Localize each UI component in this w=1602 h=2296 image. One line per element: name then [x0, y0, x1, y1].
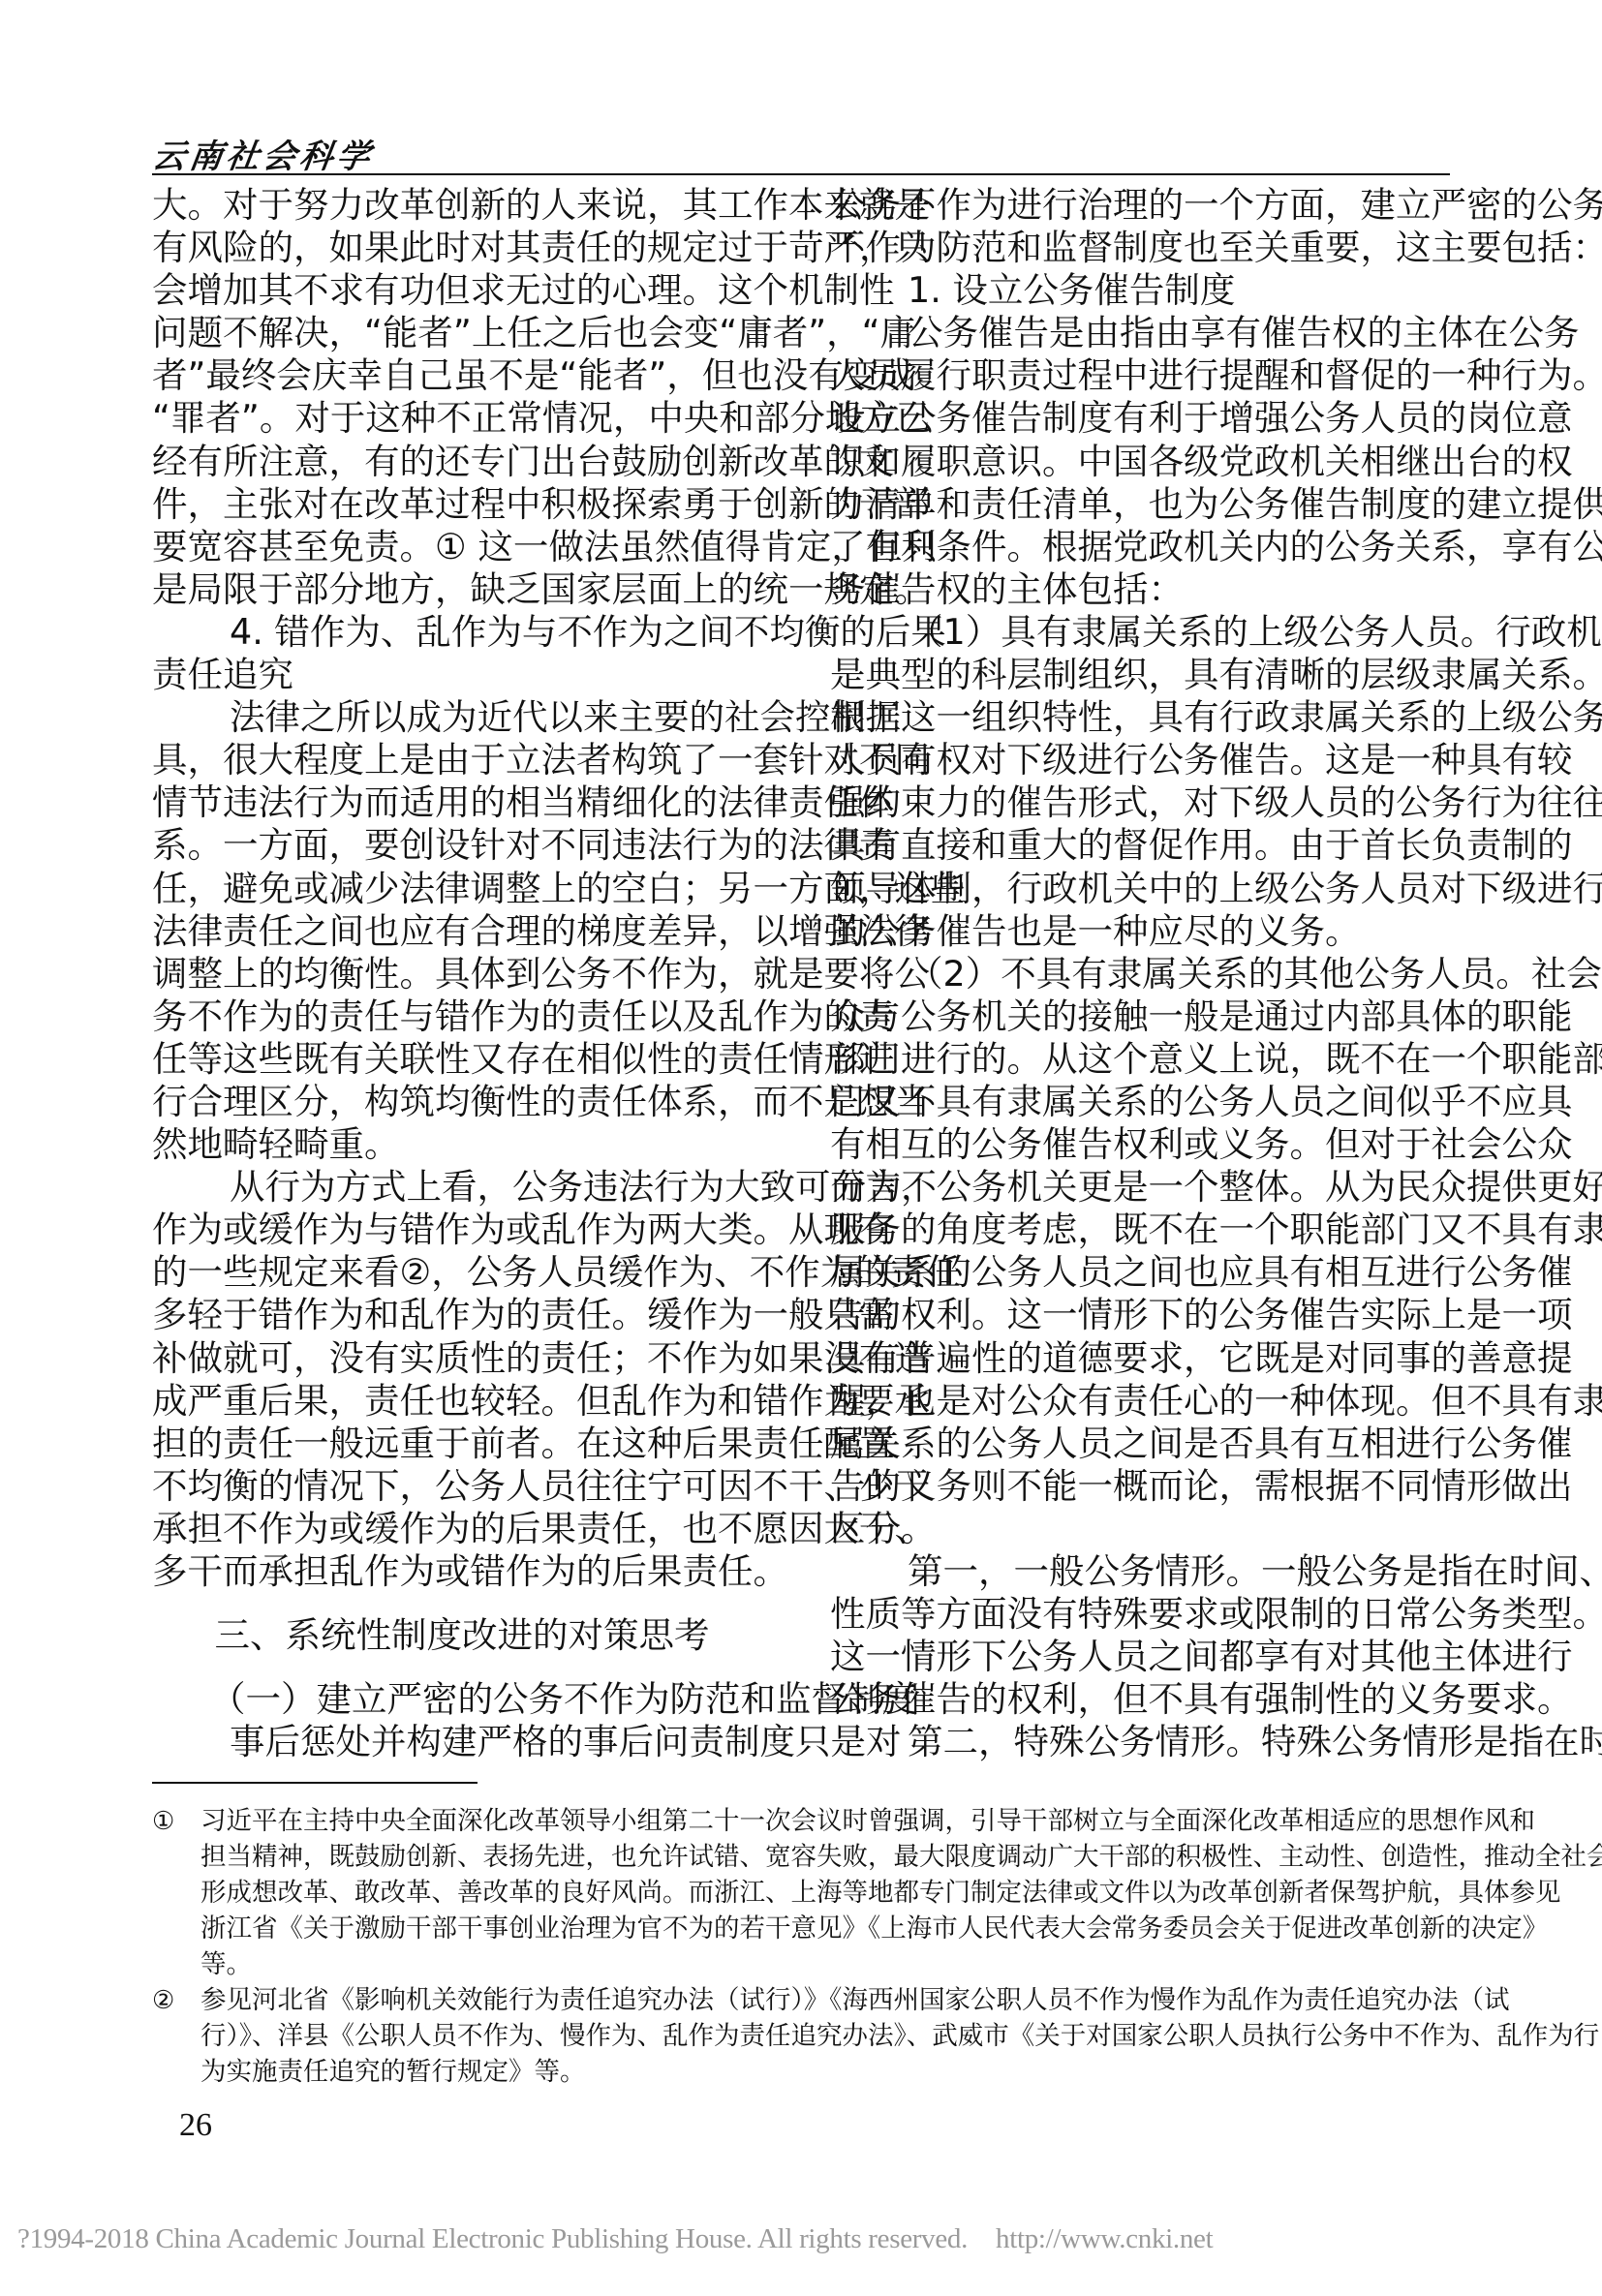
spacer: [152, 1657, 772, 1678]
text-line: 件，主张对在改革过程中积极探索勇于创新的干部: [152, 483, 772, 526]
text-line: 设立公务催告制度有利于增强公务人员的岗位意: [830, 397, 1450, 440]
text-line: 部门进行的。从这个意义上说，既不在一个职能部: [830, 1038, 1450, 1081]
footnote-line: 担当精神，既鼓励创新、表扬先进，也允许试错、宽容失败，最大限度调动广大干部的积极…: [200, 1839, 1450, 1875]
text-line: 多干而承担乱作为或错作为的后果责任。: [152, 1550, 772, 1593]
text-line: 情节违法行为而适用的相当精细化的法律责任体: [152, 781, 772, 824]
subsection-heading: （一）建立严密的公务不作为防范和监督制度: [152, 1678, 772, 1721]
text-line: 属关系的公务人员之间也应具有相互进行公务催: [830, 1251, 1450, 1294]
text-line: 领导体制，行政机关中的上级公务人员对下级进行: [830, 868, 1450, 910]
text-line: 从行为方式上看，公务违法行为大致可分为不: [152, 1166, 772, 1209]
text-line: 任等这些既有关联性又存在相似性的责任情形进: [152, 1038, 772, 1081]
text-line: 告的权利。这一情形下的公务催告实际上是一项: [830, 1294, 1450, 1336]
text-line: 要宽容甚至免责。① 这一做法虽然值得肯定，但只: [152, 526, 772, 568]
text-line: 强约束力的催告形式，对下级人员的公务行为往往: [830, 781, 1450, 824]
text-line: 门又不具有隶属关系的公务人员之间似乎不应具: [830, 1081, 1450, 1123]
text-line: 调整上的均衡性。具体到公务不作为，就是要将公: [152, 953, 772, 995]
journal-logo: 云南社会科学: [150, 130, 378, 177]
text-line: 任，避免或减少法律调整上的空白；另一方面，这些: [152, 868, 772, 910]
text-line: 公务催告的权利，但不具有强制性的义务要求。: [830, 1678, 1450, 1721]
footnote-1: ①习近平在主持中央全面深化改革领导小组第二十一次会议时曾强调，引导干部树立与全面…: [152, 1803, 1450, 1982]
footnote-line: 浙江省《关于激励干部干事创业治理为官不为的若干意见》《上海市人民代表大会常务委员…: [200, 1911, 1450, 1946]
copyright-url[interactable]: http://www.cnki.net: [996, 2223, 1213, 2254]
footnote-line: 等。: [200, 1946, 1450, 1982]
text-line: 区分。: [830, 1508, 1450, 1550]
text-line: 具有普遍性的道德要求，它既是对同事的善意提: [830, 1337, 1450, 1380]
text-line: 根据这一组织特性，具有行政隶属关系的上级公务: [830, 696, 1450, 739]
text-line: 的公务催告也是一种应尽的义务。: [830, 910, 1450, 953]
text-line: 补做就可，没有实质性的责任；不作为如果没有造: [152, 1337, 772, 1380]
text-line: 性质等方面没有特殊要求或限制的日常公务类型。: [830, 1593, 1450, 1636]
footnote-line: 行）》、洋县《公职人员不作为、慢作为、乱作为责任追究办法》、武威市《关于对国家公…: [200, 2018, 1450, 2054]
text-line: 不均衡的情况下，公务人员往往宁可因不干、少干: [152, 1465, 772, 1508]
text-line: 行合理区分，构筑均衡性的责任体系，而不是想当: [152, 1081, 772, 1123]
footnotes: ①习近平在主持中央全面深化改革领导小组第二十一次会议时曾强调，引导干部树立与全面…: [152, 1803, 1450, 2090]
text-line: 告的义务则不能一概而论，需根据不同情形做出: [830, 1465, 1450, 1508]
copyright-text: ?1994-2018 China Academic Journal Electr…: [17, 2223, 968, 2254]
text-line: 多轻于错作为和乱作为的责任。缓作为一般只需: [152, 1294, 772, 1336]
text-line: 的一些规定来看②，公务人员缓作为、不作为的责任: [152, 1251, 772, 1294]
page-number: 26: [179, 2107, 212, 2144]
text-line: 人员有权对下级进行公务催告。这是一种具有较: [830, 739, 1450, 781]
text-line: 众与公务机关的接触一般是通过内部具体的职能: [830, 995, 1450, 1038]
footnote-line: 为实施责任追究的暂行规定》等。: [200, 2054, 1450, 2090]
header-rule: [152, 173, 1450, 175]
footnote-2: ②参见河北省《影响机关效能行为责任追究办法（试行）》《海西州国家公职人员不作为慢…: [152, 1982, 1450, 2090]
text-line: 法律责任之间也应有合理的梯度差异，以增强法律: [152, 910, 772, 953]
text-line: 承担不作为或缓作为的后果责任，也不愿因大干、: [152, 1508, 772, 1550]
text-line: 作为或缓作为与错作为或乱作为两大类。从现有: [152, 1209, 772, 1251]
footnote-rule: [152, 1782, 478, 1784]
footnote-line: 形成想改革、敢改革、善改革的良好风尚。而浙江、上海等地都专门制定法律或文件以为改…: [200, 1875, 1450, 1911]
text-line: 系。一方面，要创设针对不同违法行为的法律责: [152, 824, 772, 867]
text-line: 这一情形下公务人员之间都享有对其他主体进行: [830, 1636, 1450, 1678]
text-line: “罪者”。对于这种不正常情况，中央和部分地方已: [152, 397, 772, 440]
text-line: 第一，一般公务情形。一般公务是指在时间、: [830, 1550, 1450, 1593]
text-line: 而言，公务机关更是一个整体。从为民众提供更好: [830, 1166, 1450, 1209]
spacer: [152, 1593, 772, 1614]
text-line: 责任追究: [152, 654, 772, 696]
text-line: 事后惩处并构建严格的事后问责制度只是对: [152, 1721, 772, 1763]
text-line: 者”最终会庆幸自己虽不是“能者”，但也没有变成: [152, 354, 772, 397]
text-line: 服务的角度考虑，既不在一个职能部门又不具有隶: [830, 1209, 1450, 1251]
text-line: 然地畸轻畸重。: [152, 1123, 772, 1166]
text-line: 不作为防范和监督制度也至关重要，这主要包括：: [830, 227, 1450, 269]
text-line: 4. 错作为、乱作为与不作为之间不均衡的后果: [152, 611, 772, 654]
text-line: 担的责任一般远重于前者。在这种后果责任配置: [152, 1423, 772, 1465]
footnote-marker: ①: [152, 1807, 174, 1836]
text-line: 务不作为的责任与错作为的责任以及乱作为的责: [152, 995, 772, 1038]
text-line: 醒，也是对公众有责任心的一种体现。但不具有隶: [830, 1380, 1450, 1423]
text-line: 经有所注意，有的还专门出台鼓励创新改革的文: [152, 441, 772, 483]
footnote-marker: ②: [152, 1986, 174, 2015]
text-line: 务催告权的主体包括：: [830, 568, 1450, 611]
text-line: 法律之所以成为近代以来主要的社会控制工: [152, 696, 772, 739]
text-line: 属关系的公务人员之间是否具有互相进行公务催: [830, 1423, 1450, 1465]
text-line: 是典型的科层制组织，具有清晰的层级隶属关系。: [830, 654, 1450, 696]
text-line: 有风险的，如果此时对其责任的规定过于苛严，只: [152, 227, 772, 269]
footnote-line: 习近平在主持中央全面深化改革领导小组第二十一次会议时曾强调，引导干部树立与全面深…: [200, 1803, 1450, 1839]
text-line: 识和履职意识。中国各级党政机关相继出台的权: [830, 441, 1450, 483]
text-line: 公务不作为进行治理的一个方面，建立严密的公务: [830, 184, 1450, 227]
text-line: 人员履行职责过程中进行提醒和督促的一种行为。: [830, 354, 1450, 397]
text-line: （1）具有隶属关系的上级公务人员。行政机关: [830, 611, 1450, 654]
left-column: 大。对于努力改革创新的人来说，其工作本来就是有风险的，如果此时对其责任的规定过于…: [152, 184, 772, 1763]
text-line: 问题不解决，“能者”上任之后也会变“庸者”，“庸: [152, 312, 772, 354]
section-heading: 三、系统性制度改进的对策思考: [152, 1614, 772, 1657]
text-line: 公务催告是由指由享有催告权的主体在公务: [830, 312, 1450, 354]
text-line: （2）不具有隶属关系的其他公务人员。社会民: [830, 953, 1450, 995]
text-line: 力清单和责任清单，也为公务催告制度的建立提供: [830, 483, 1450, 526]
text-line: 具有直接和重大的督促作用。由于首长负责制的: [830, 824, 1450, 867]
text-line: 有相互的公务催告权利或义务。但对于社会公众: [830, 1123, 1450, 1166]
right-column: 公务不作为进行治理的一个方面，建立严密的公务不作为防范和监督制度也至关重要，这主…: [830, 184, 1450, 1763]
text-line: 成严重后果，责任也较轻。但乱作为和错作为要承: [152, 1380, 772, 1423]
text-line: 是局限于部分地方，缺乏国家层面上的统一规定。: [152, 568, 772, 611]
text-line: 了有利条件。根据党政机关内的公务关系，享有公: [830, 526, 1450, 568]
text-line: 第二，特殊公务情形。特殊公务情形是指在时: [830, 1721, 1450, 1763]
copyright-notice: ?1994-2018 China Academic Journal Electr…: [17, 2223, 1213, 2255]
text-line: 具，很大程度上是由于立法者构筑了一套针对不同: [152, 739, 772, 781]
text-line: 大。对于努力改革创新的人来说，其工作本来就是: [152, 184, 772, 227]
text-line: 会增加其不求有功但求无过的心理。这个机制性: [152, 269, 772, 312]
text-line: 1. 设立公务催告制度: [830, 269, 1450, 312]
footnote-line: 参见河北省《影响机关效能行为责任追究办法（试行）》《海西州国家公职人员不作为慢作…: [200, 1982, 1450, 2018]
